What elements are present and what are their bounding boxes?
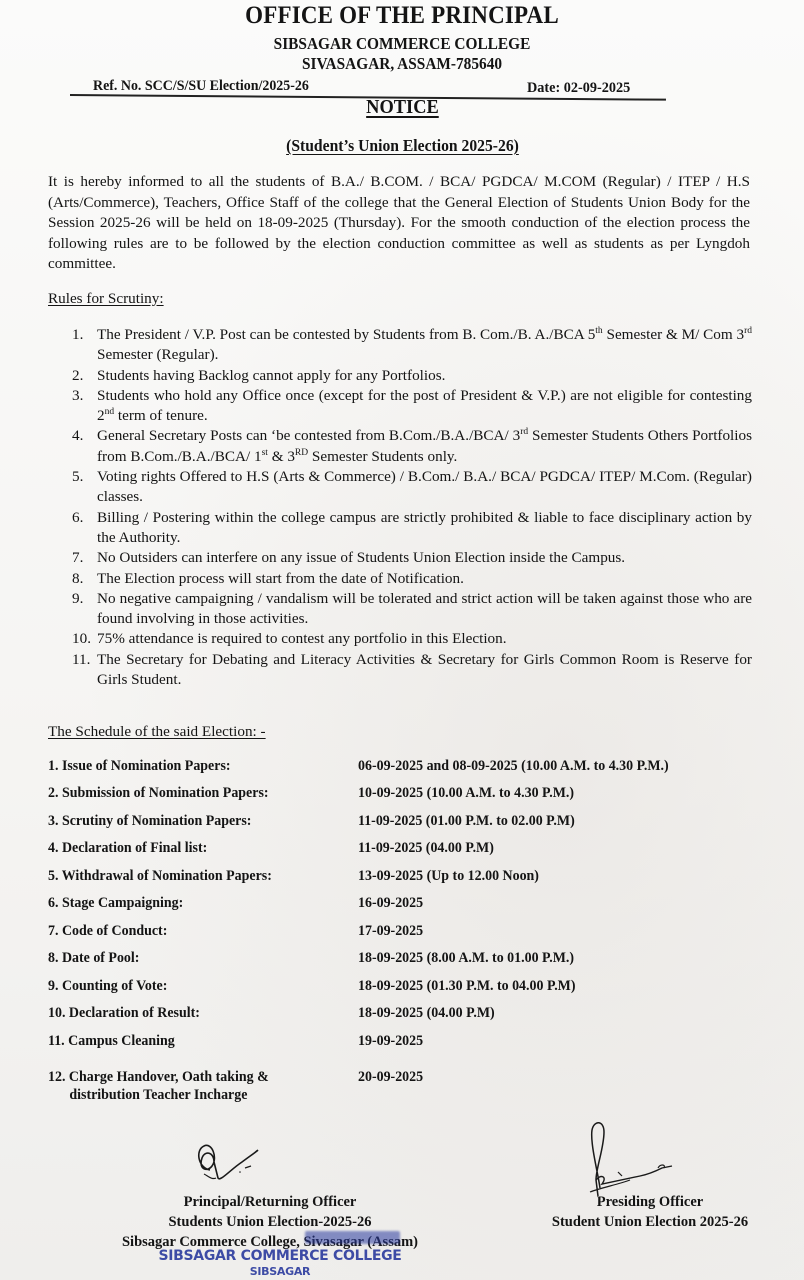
rule-item: 4.General Secretary Posts can ‘be contes… <box>48 426 752 467</box>
rule-item: 8.The Election process will start from t… <box>48 569 752 589</box>
notice-page: OFFICE OF THE PRINCIPAL SIBSAGAR COMMERC… <box>0 0 804 1280</box>
rule-number: 3. <box>72 386 83 406</box>
returning-officer-election: Students Union Election-2025-26 <box>100 1212 440 1232</box>
schedule-event: 1. Issue of Nomination Papers: <box>48 757 348 775</box>
schedule-date: 18-09-2025 (04.00 P.M) <box>358 1004 505 1022</box>
schedule-date: 18-09-2025 (8.00 A.M. to 01.00 P.M.) <box>358 949 590 967</box>
rule-number: 9. <box>72 589 83 609</box>
notice-subtitle: (Student’s Union Election 2025-26) <box>0 136 804 156</box>
schedule-date: 06-09-2025 and 08-09-2025 (10.00 A.M. to… <box>358 757 692 775</box>
rule-item: 9.No negative campaigning / vandalism wi… <box>48 589 752 630</box>
schedule-heading: The Schedule of the said Election: - <box>48 723 266 741</box>
presiding-officer-election: Student Union Election 2025-26 <box>500 1212 800 1232</box>
reference-number: Ref. No. SCC/S/SU Election/2025-26 <box>93 78 309 95</box>
rule-number: 1. <box>72 325 83 345</box>
college-stamp: SIBSAGAR COMMERCE COLLEGE SIBSAGAR <box>130 1248 430 1280</box>
schedule-event: 12. Charge Handover, Oath taking &distri… <box>48 1068 348 1104</box>
presiding-officer-signature-block: Presiding Officer Student Union Election… <box>500 1192 800 1232</box>
rule-item: 10.75% attendance is required to contest… <box>48 629 752 649</box>
college-name: SIBSAGAR COMMERCE COLLEGE <box>28 34 776 54</box>
schedule-event: 3. Scrutiny of Nomination Papers: <box>48 812 348 830</box>
principal-signature-icon <box>190 1140 270 1190</box>
presiding-officer-title: Presiding Officer <box>500 1192 800 1212</box>
rule-item: 7.No Outsiders can interfere on any issu… <box>48 548 752 568</box>
returning-officer-title: Principal/Returning Officer <box>100 1192 440 1212</box>
schedule-date: 20-09-2025 <box>358 1068 428 1086</box>
rule-number: 4. <box>72 426 83 446</box>
schedule-event: 9. Counting of Vote: <box>48 977 348 995</box>
presiding-officer-signature-icon <box>570 1118 690 1198</box>
schedule-date: 11-09-2025 (04.00 P.M) <box>358 839 504 857</box>
rule-item: 5.Voting rights Offered to H.S (Arts & C… <box>48 467 752 508</box>
schedule-event: 2. Submission of Nomination Papers: <box>48 784 348 802</box>
schedule-date: 13-09-2025 (Up to 12.00 Noon) <box>358 867 553 885</box>
rule-number: 8. <box>72 569 83 589</box>
rule-item: 2.Students having Backlog cannot apply f… <box>48 366 752 386</box>
schedule-date: 17-09-2025 <box>358 922 428 940</box>
rule-item: 11.The Secretary for Debating and Litera… <box>48 650 752 691</box>
schedule-event: 6. Stage Campaigning: <box>48 894 348 912</box>
rule-number: 7. <box>72 548 83 568</box>
rules-heading: Rules for Scrutiny: <box>48 290 164 308</box>
schedule-event: 7. Code of Conduct: <box>48 922 348 940</box>
intro-paragraph: It is hereby informed to all the student… <box>48 172 750 275</box>
rule-item: 1.The President / V.P. Post can be conte… <box>48 325 752 366</box>
schedule-event: 5. Withdrawal of Nomination Papers: <box>48 867 348 885</box>
schedule-date: 18-09-2025 (01.30 P.M. to 04.00 P.M) <box>358 977 592 995</box>
schedule-date: 19-09-2025 <box>358 1032 428 1050</box>
schedule-date: 10-09-2025 (10.00 A.M. to 4.30 P.M.) <box>358 784 590 802</box>
college-address: SIVASAGAR, ASSAM-785640 <box>28 54 776 74</box>
schedule-event: 4. Declaration of Final list: <box>48 839 348 857</box>
rule-number: 11. <box>72 650 90 670</box>
rule-item: 3.Students who hold any Office once (exc… <box>48 386 752 427</box>
schedule-event: 10. Declaration of Result: <box>48 1004 348 1022</box>
notice-title: NOTICE <box>0 96 804 119</box>
schedule-date: 16-09-2025 <box>358 894 428 912</box>
rule-number: 10. <box>72 629 91 649</box>
schedule-date: 11-09-2025 (01.00 P.M. to 02.00 P.M) <box>358 812 591 830</box>
rule-number: 2. <box>72 366 83 386</box>
schedule-event: 11. Campus Cleaning <box>48 1032 348 1050</box>
rule-number: 6. <box>72 508 83 528</box>
notice-date: Date: 02-09-2025 <box>527 80 630 97</box>
schedule-event: 8. Date of Pool: <box>48 949 348 967</box>
rules-list: 1.The President / V.P. Post can be conte… <box>48 325 752 690</box>
rule-item: 6.Billing / Postering within the college… <box>48 508 752 549</box>
office-heading: OFFICE OF THE PRINCIPAL <box>32 2 772 30</box>
rule-number: 5. <box>72 467 83 487</box>
stamp-ink-overlay <box>305 1231 400 1244</box>
